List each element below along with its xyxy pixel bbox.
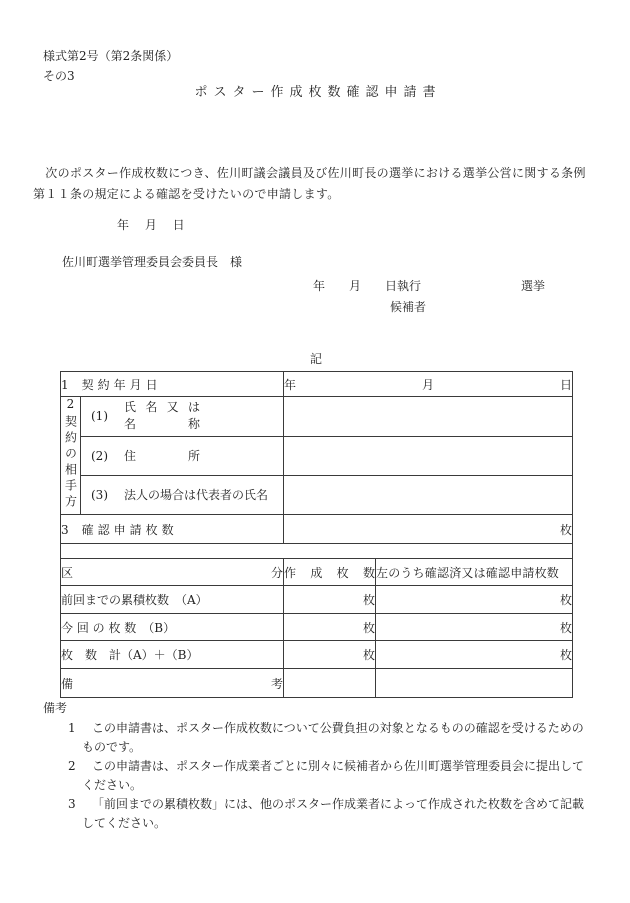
application-count-label-cell: 3確認申請枚数	[61, 515, 284, 544]
note-number: 3	[68, 795, 76, 814]
party-representative-row: (3) 法人の場合は代表者の氏名	[61, 476, 573, 515]
current-made-cell: 枚	[284, 614, 376, 641]
total-count-row: 枚 数 計（A）＋（B） 枚 枚	[61, 641, 573, 669]
category-header-cell: 区分	[61, 559, 284, 586]
contract-date-row: 1契約年月日 年 月 日	[61, 372, 573, 397]
cumulative-label-cell: 前回までの累積枚数 （A）	[61, 586, 284, 614]
remarks-row: 備考	[61, 669, 573, 698]
row-number: 1	[61, 378, 69, 392]
intro-paragraph: 次のポスター作成枚数につき、佐川町議会議員及び佐川町長の選挙における選挙公営に関…	[33, 163, 586, 205]
note-item-3: 3 「前回までの累積枚数」には、他のポスター作成業者によって作成された枚数を含め…	[40, 795, 584, 833]
form-variant: その3	[43, 69, 75, 83]
spacer-cell	[61, 544, 573, 559]
contract-party-side-label: 2契約の相手方	[62, 397, 80, 511]
total-confirmed-cell: 枚	[376, 641, 573, 669]
application-count-value-cell: 枚	[284, 515, 573, 544]
note-text-line: この申請書は、ポスター作成枚数について公費負担の対象となるものの確認を受けるため…	[92, 719, 584, 738]
execution-date-line: 年 月 日執行	[313, 279, 421, 293]
cumulative-confirmed-cell: 枚	[376, 586, 573, 614]
contract-date-label: 契約年月日	[82, 378, 162, 392]
party-name-label-line1: 氏名又は	[124, 399, 200, 416]
party-address-label-cell: (2) 住所	[81, 436, 284, 476]
application-table: 1契約年月日 年 月 日 2契約の相手方 (1) 氏名又は 名称	[60, 371, 573, 698]
note-text-line: ください。	[82, 776, 584, 795]
party-name-label-line2: 名称	[124, 416, 200, 433]
form-document-page: 様式第2号（第2条関係） その3 ポスター作成枚数確認申請書 次のポスター作成枚…	[0, 0, 630, 903]
party-address-value-cell	[284, 436, 573, 476]
party-name-value-cell	[284, 397, 573, 437]
page-title: ポスター作成枚数確認申請書	[0, 86, 630, 100]
record-mark: 記	[60, 352, 572, 366]
current-label-cell: 今 回 の 枚 数 （B）	[61, 614, 284, 641]
election-suffix-label: 選挙	[521, 279, 545, 293]
note-item-1: 1 この申請書は、ポスター作成枚数について公費負担の対象となるものの確認を受ける…	[40, 719, 584, 757]
note-item-2: 2 この申請書は、ポスター作成業者ごとに別々に候補者から佐川町選挙管理委員会に提…	[40, 757, 584, 795]
remarks-made-cell	[284, 669, 376, 698]
cumulative-made-cell: 枚	[284, 586, 376, 614]
contract-party-side-cell: 2契約の相手方	[61, 397, 81, 515]
form-number: 様式第2号（第2条関係）	[43, 49, 178, 63]
made-count-header-cell: 作成枚数	[284, 559, 376, 586]
notes-heading: 備考	[43, 701, 67, 715]
intro-line-2: 第１１条の規定による確認を受けたいので申請します。	[33, 184, 586, 205]
row-number: 3	[61, 523, 69, 537]
party-name-label-cell: (1) 氏名又は 名称	[81, 397, 284, 437]
spacer-row	[61, 544, 573, 559]
note-text-line: してください。	[82, 814, 584, 833]
note-number: 2	[68, 757, 76, 776]
application-count-label: 確認申請枚数	[82, 523, 178, 537]
application-count-row: 3確認申請枚数 枚	[61, 515, 573, 544]
remarks-label-cell: 備考	[61, 669, 284, 698]
remarks-confirmed-cell	[376, 669, 573, 698]
contract-date-value-cell: 年 月 日	[284, 372, 573, 397]
notes-list: 1 この申請書は、ポスター作成枚数について公費負担の対象となるものの確認を受ける…	[40, 719, 584, 833]
total-label-cell: 枚 数 計（A）＋（B）	[61, 641, 284, 669]
confirmed-count-header-cell: 左のうち確認済又は確認申請枚数	[376, 559, 573, 586]
sub-number: (3)	[91, 488, 124, 502]
current-confirmed-cell: 枚	[376, 614, 573, 641]
party-representative-label-cell: (3) 法人の場合は代表者の氏名	[81, 476, 284, 515]
party-address-label: 住所	[124, 448, 200, 465]
party-representative-label: 法人の場合は代表者の氏名	[124, 487, 268, 504]
contract-date-label-cell: 1契約年月日	[61, 372, 284, 397]
total-made-cell: 枚	[284, 641, 376, 669]
note-number: 1	[68, 719, 76, 738]
current-count-row: 今 回 の 枚 数 （B） 枚 枚	[61, 614, 573, 641]
breakdown-header-row: 区分 作成枚数 左のうち確認済又は確認申請枚数	[61, 559, 573, 586]
sub-number: (1)	[91, 409, 124, 423]
intro-line-1: 次のポスター作成枚数につき、佐川町議会議員及び佐川町長の選挙における選挙公営に関…	[33, 163, 586, 184]
note-text-line: 「前回までの累積枚数」には、他のポスター作成業者によって作成された枚数を含めて記…	[92, 795, 584, 814]
application-date-line: 年 月 日	[117, 218, 185, 232]
party-address-row: (2) 住所	[61, 436, 573, 476]
note-text-line: ものです。	[82, 738, 584, 757]
party-representative-value-cell	[284, 476, 573, 515]
addressee-line: 佐川町選挙管理委員会委員長 様	[62, 255, 242, 269]
cumulative-count-row: 前回までの累積枚数 （A） 枚 枚	[61, 586, 573, 614]
sub-number: (2)	[91, 449, 124, 463]
candidate-label: 候補者	[390, 300, 426, 314]
party-name-row: 2契約の相手方 (1) 氏名又は 名称	[61, 397, 573, 437]
note-text-line: この申請書は、ポスター作成業者ごとに別々に候補者から佐川町選挙管理委員会に提出し…	[92, 757, 584, 776]
